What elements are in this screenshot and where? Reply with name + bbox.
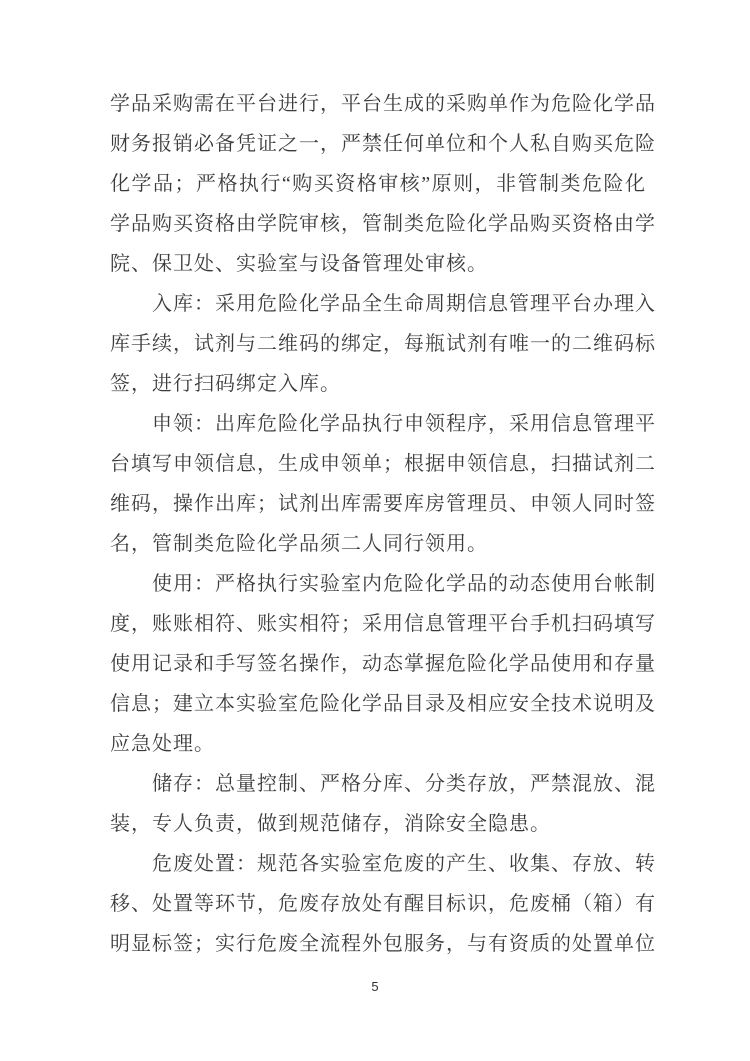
page-number: 5 — [0, 978, 750, 996]
paragraph: 学品采购需在平台进行，平台生成的采购单作为危险化学品财务报销必备凭证之一，严禁任… — [110, 84, 646, 284]
text-line: 移、处置等环节，危废存放处有醒目标识，危废桶（箱）有 — [110, 884, 646, 924]
text-line: 台填写申领信息，生成申领单；根据申领信息，扫描试剂二 — [110, 444, 646, 484]
document-body: 学品采购需在平台进行，平台生成的采购单作为危险化学品财务报销必备凭证之一，严禁任… — [110, 84, 646, 964]
text-line: 财务报销必备凭证之一，严禁任何单位和个人私自购买危险 — [110, 124, 646, 164]
text-line: 名，管制类危险化学品须二人同行领用。 — [110, 524, 646, 564]
text-line: 维码，操作出库；试剂出库需要库房管理员、申领人同时签 — [110, 484, 646, 524]
text-line: 装，专人负责，做到规范储存，消除安全隐患。 — [110, 804, 646, 844]
text-line: 院、保卫处、实验室与设备管理处审核。 — [110, 244, 646, 284]
text-line: 明显标签；实行危废全流程外包服务，与有资质的处置单位 — [110, 924, 646, 964]
text-line: 信息；建立本实验室危险化学品目录及相应安全技术说明及 — [110, 684, 646, 724]
text-line: 库手续，试剂与二维码的绑定，每瓶试剂有唯一的二维码标 — [110, 324, 646, 364]
paragraph: 申领：出库危险化学品执行申领程序，采用信息管理平台填写申领信息，生成申领单；根据… — [110, 404, 646, 564]
text-line: 应急处理。 — [110, 724, 646, 764]
text-line: 储存：总量控制、严格分库、分类存放，严禁混放、混 — [110, 764, 646, 804]
text-line: 化学品；严格执行“购买资格审核”原则，非管制类危险化 — [110, 164, 646, 204]
text-line: 使用记录和手写签名操作，动态掌握危险化学品使用和存量 — [110, 644, 646, 684]
text-line: 使用：严格执行实验室内危险化学品的动态使用台帐制 — [110, 564, 646, 604]
text-line: 度，账账相符、账实相符；采用信息管理平台手机扫码填写 — [110, 604, 646, 644]
paragraph: 入库：采用危险化学品全生命周期信息管理平台办理入库手续，试剂与二维码的绑定，每瓶… — [110, 284, 646, 404]
text-line: 入库：采用危险化学品全生命周期信息管理平台办理入 — [110, 284, 646, 324]
text-line: 学品购买资格由学院审核，管制类危险化学品购买资格由学 — [110, 204, 646, 244]
text-line: 签，进行扫码绑定入库。 — [110, 364, 646, 404]
text-line: 申领：出库危险化学品执行申领程序，采用信息管理平 — [110, 404, 646, 444]
text-line: 学品采购需在平台进行，平台生成的采购单作为危险化学品 — [110, 84, 646, 124]
paragraph: 使用：严格执行实验室内危险化学品的动态使用台帐制度，账账相符、账实相符；采用信息… — [110, 564, 646, 764]
text-line: 危废处置：规范各实验室危废的产生、收集、存放、转 — [110, 844, 646, 884]
document-page: 学品采购需在平台进行，平台生成的采购单作为危险化学品财务报销必备凭证之一，严禁任… — [0, 0, 750, 1061]
paragraph: 危废处置：规范各实验室危废的产生、收集、存放、转移、处置等环节，危废存放处有醒目… — [110, 844, 646, 964]
paragraph: 储存：总量控制、严格分库、分类存放，严禁混放、混装，专人负责，做到规范储存，消除… — [110, 764, 646, 844]
